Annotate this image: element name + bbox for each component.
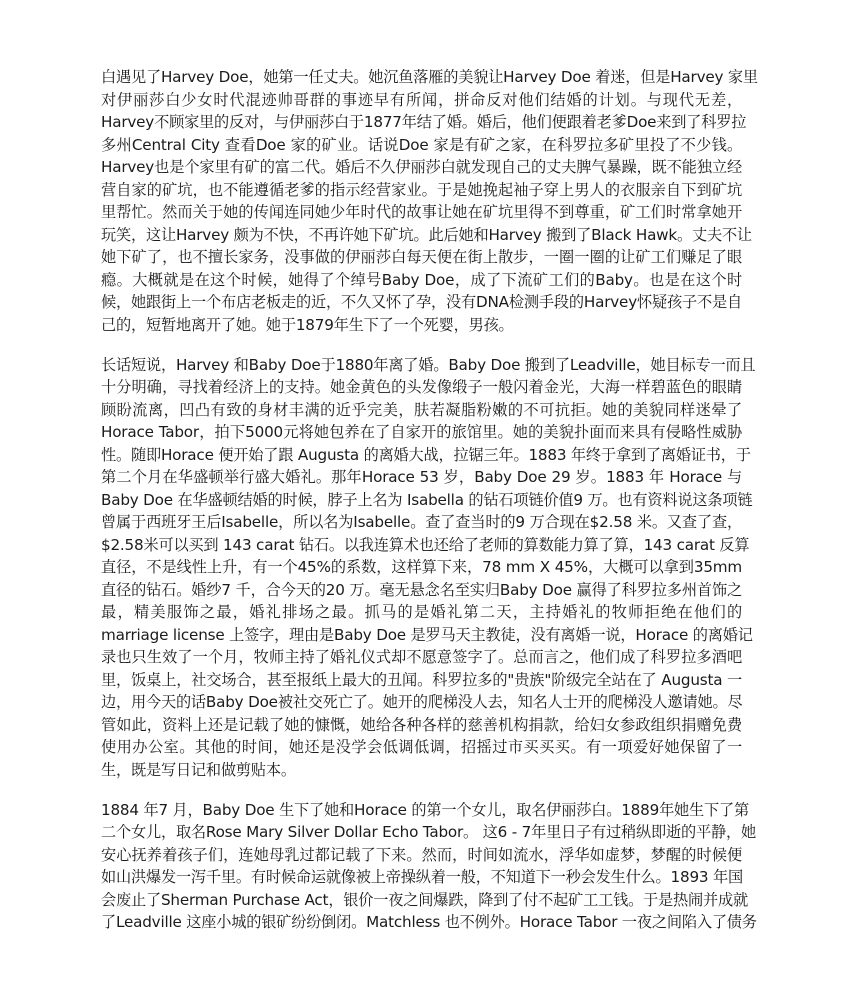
paragraph-1: 白遇见了Harvey Doe，她第一任丈夫。她沉鱼落雁的美貌让Harvey Do… [101,66,742,336]
text-line: 瘾。大概就是在这个时候，她得了个绰号Baby Doe，成了下流矿工们的Baby。… [101,269,742,292]
text-line: 如山洪爆发一泻千里。有时候命运就像被上帝操纵着一般，不知道下一秒会发生什么。18… [101,866,742,889]
text-line: 多州Central City 查看Doe 家的矿业。话说Doe 家是有矿之家，在… [101,134,742,157]
text-line: 营自家的矿坑，也不能遵循老爹的指示经营家业。于是她挽起袖子穿上男人的衣服亲自下到… [101,179,742,202]
text-line: 性。随即Horace 便开始了跟 Augusta 的离婚大战，拉锯三年。1883… [101,444,742,467]
text-line: 里帮忙。然而关于她的传闻连同她少年时代的故事让她在矿坑里得不到尊重，矿工们时常拿… [101,201,742,224]
text-line: 里，饭桌上，社交场合，甚至报纸上最大的丑闻。科罗拉多的"贵族"阶级完全站在了 A… [101,669,742,692]
text-line: 十分明确，寻找着经济上的支持。她金黄色的头发像缎子一般闪着金光，大海一样碧蓝色的… [101,376,742,399]
text-line: 她下矿了，也不擅长家务，没事做的伊丽莎白每天便在街上散步，一圈一圈的让矿工们赚足… [101,246,742,269]
text-line: $2.58米可以买到 143 carat 钻石。以我连算术也还给了老师的算数能力… [101,534,742,557]
text-line: 己的，短暂地离开了她。她于1879年生下了一个死婴，男孩。 [101,314,742,337]
text-line: Horace Tabor，拍下5000元将她包养在了自家开的旅馆里。她的美貌扑面… [101,421,742,444]
text-line: 玩笑，这让Harvey 颇为不快，不再许她下矿坑。此后她和Harvey 搬到了B… [101,224,742,247]
text-line: marriage license 上签字，理由是Baby Doe 是罗马天主教徒… [101,624,742,647]
text-line: 曾属于西班牙王后Isabelle，所以名为Isabelle。查了查当时的9 万合… [101,511,742,534]
paragraph-2: 长话短说，Harvey 和Baby Doe于1880年离了婚。Baby Doe … [101,354,742,782]
text-line: 1884 年7 月，Baby Doe 生下了她和Horace 的第一个女儿，取名… [101,799,742,822]
paragraph-3: 1884 年7 月，Baby Doe 生下了她和Horace 的第一个女儿，取名… [101,799,742,934]
text-line: 管如此，资料上还是记载了她的慷慨，她给各种各样的慈善机构捐款，给妇女参政组织捐赠… [101,714,742,737]
text-line: 使用办公室。其他的时间，她还是没学会低调低调，招摇过市买买买。有一项爱好她保留了… [101,736,742,759]
text-line: 二个女儿，取名Rose Mary Silver Dollar Echo Tabo… [101,821,742,844]
text-line: 直径，不是线性上升，有一个45%的系数，这样算下来，78 mm X 45%，大概… [101,556,742,579]
text-line: 生，既是写日记和做剪贴本。 [101,759,742,782]
text-line: 边，用今天的话Baby Doe被社交死亡了。她开的爬梯没人去，知名人士开的爬梯没… [101,691,742,714]
text-line: 长话短说，Harvey 和Baby Doe于1880年离了婚。Baby Doe … [101,354,742,377]
text-line: 白遇见了Harvey Doe，她第一任丈夫。她沉鱼落雁的美貌让Harvey Do… [101,66,742,89]
text-line: 直径的钻石。婚纱7 千，合今天的20 万。毫无悬念名至实归Baby Doe 赢得… [101,579,742,602]
text-line: Harvey也是个家里有矿的富二代。婚后不久伊丽莎白就发现自己的丈夫脾气暴躁，既… [101,156,742,179]
text-line: 最，精美服饰之最，婚礼排场之最。抓马的是婚礼第二天，主持婚礼的牧师拒绝在他们的 [101,601,742,624]
text-line: 候，她跟街上一个布店老板走的近，不久又怀了孕，没有DNA检测手段的Harvey怀… [101,291,742,314]
text-line: 了Leadville 这座小城的银矿纷纷倒闭。Matchless 也不例外。Ho… [101,911,742,934]
document-body: 白遇见了Harvey Doe，她第一任丈夫。她沉鱼落雁的美貌让Harvey Do… [101,66,742,951]
text-line: 对伊丽莎白少女时代混迹帅哥群的事迹早有所闻，拼命反对他们结婚的计划。与现代无差， [101,89,742,112]
text-line: 录也只生效了一个月，牧师主持了婚礼仪式却不愿意签字了。总而言之，他们成了科罗拉多… [101,646,742,669]
text-line: 第二个月在华盛顿举行盛大婚礼。那年Horace 53 岁，Baby Doe 29… [101,466,742,489]
text-line: Harvey不顾家里的反对，与伊丽莎白于1877年结了婚。婚后，他们便跟着老爹D… [101,111,742,134]
text-line: 安心抚养着孩子们，连她母乳过都记载了下来。然而，时间如流水，浮华如虚梦，梦醒的时… [101,844,742,867]
text-line: 顾盼流离，凹凸有致的身材丰满的近乎完美，肤若凝脂粉嫩的不可抗拒。她的美貌同样迷晕… [101,399,742,422]
text-line: Baby Doe 在华盛顿结婚的时候，脖子上名为 Isabella 的钻石项链价… [101,489,742,512]
text-line: 会废止了Sherman Purchase Act，银价一夜之间爆跌，降到了付不起… [101,889,742,912]
